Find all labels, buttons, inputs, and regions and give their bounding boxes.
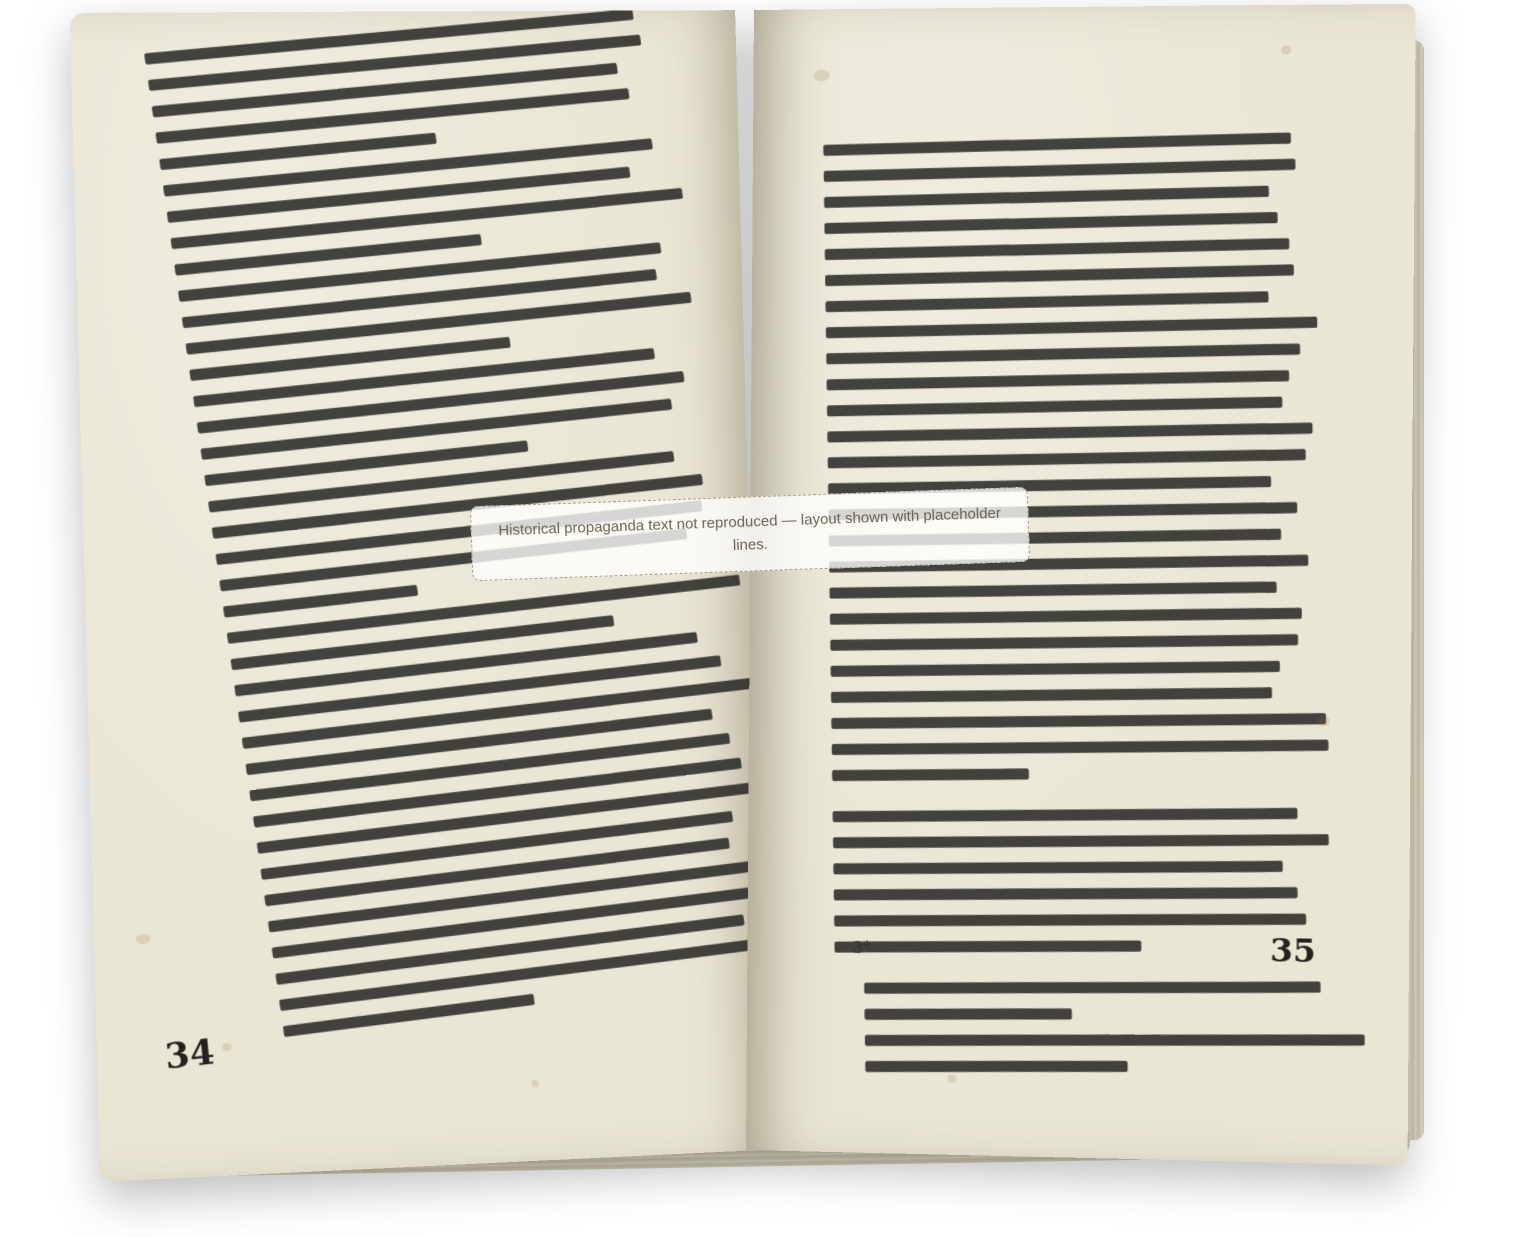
greeked-text-line — [831, 713, 1326, 729]
greeked-text-line — [824, 186, 1269, 208]
greeked-text-line — [826, 317, 1317, 338]
greeked-text-line — [827, 423, 1312, 443]
greeked-text-line — [152, 63, 618, 118]
greeked-text-line — [223, 585, 418, 618]
greeked-text-line — [824, 159, 1296, 182]
greeked-text-line — [834, 914, 1306, 927]
greeked-text-line — [830, 608, 1302, 625]
greeked-text-line — [833, 861, 1283, 875]
greeked-text-line — [833, 834, 1329, 848]
right-page: 3* 35 — [746, 4, 1416, 1166]
greeked-text-line — [827, 397, 1282, 417]
greeked-text-line — [865, 1034, 1364, 1045]
left-page-number: 34 — [163, 1032, 216, 1078]
greeked-text-line — [832, 740, 1329, 756]
greeked-text-line — [825, 264, 1294, 286]
left-page: 34 — [70, 10, 765, 1182]
signature-mark: 3* — [853, 938, 871, 957]
greeked-text-line — [831, 661, 1280, 677]
greeked-text-line — [831, 687, 1272, 703]
greeked-text-line — [865, 982, 1321, 994]
open-spread: 34 3* 35 Historical propaganda text not … — [100, 10, 1400, 1150]
greeked-text-line — [144, 10, 633, 64]
greeked-text-line — [826, 343, 1300, 364]
greeked-text-line — [833, 808, 1298, 822]
right-page-text-placeholder — [823, 132, 1335, 1088]
greeked-text-line — [155, 88, 629, 144]
greeked-text-line — [828, 449, 1306, 468]
right-page-number: 35 — [1270, 931, 1316, 970]
greeked-text-line — [825, 291, 1268, 312]
greeked-text-line — [834, 887, 1298, 900]
greeked-text-line — [830, 634, 1298, 651]
greeked-text-line — [832, 768, 1029, 781]
greeked-text-line — [230, 615, 614, 670]
greeked-text-line — [167, 167, 630, 223]
greeked-text-line — [824, 212, 1277, 234]
greeked-text-line — [825, 238, 1290, 260]
greeked-text-line — [827, 370, 1290, 390]
greeked-text-line — [865, 1008, 1072, 1019]
greeked-text-line — [829, 582, 1277, 599]
greeked-text-line — [866, 1061, 1128, 1072]
greeked-text-line — [823, 132, 1291, 155]
book-spread: 34 3* 35 Historical propaganda text not … — [100, 10, 1430, 1200]
greeked-text-line — [834, 941, 1141, 953]
